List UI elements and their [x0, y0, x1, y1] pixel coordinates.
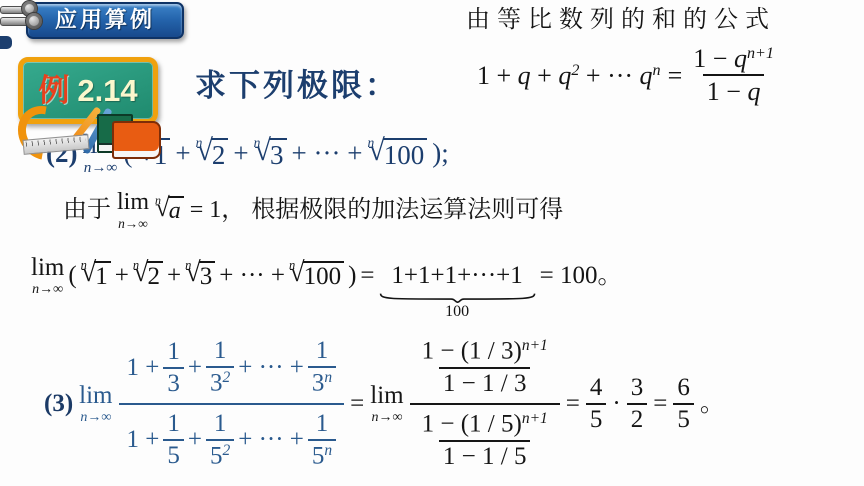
fraction: 15 — [163, 410, 184, 470]
nth-root: n√a — [155, 196, 184, 224]
applications-tag: 应用算例 — [26, 2, 184, 39]
fraction: 132 — [206, 337, 234, 398]
fraction: 15n — [308, 410, 336, 471]
limit-problem-3: (3) limn→∞ 1 + 13 + 132 + ··· + 13n 1 + … — [44, 324, 725, 484]
example-number: 2.14 — [77, 72, 137, 109]
underbrace-group: 1+1+1+···+1 100 — [379, 261, 536, 320]
nth-root: n√2 — [196, 138, 229, 169]
nth-root: n√2 — [133, 261, 163, 290]
fraction: 1 − (1 / 5)n+1 1 − 1 / 5 — [418, 410, 552, 471]
applications-tag-label: 应用算例 — [55, 7, 155, 33]
pin-ring-icon — [25, 12, 43, 30]
geometric-sum-formula: 1 + q + q2 + ··· qn = 1 − qn+1 1 − q — [477, 44, 778, 106]
book-icon — [112, 121, 161, 159]
nth-root: n√100 — [367, 138, 427, 169]
fraction: 45 — [586, 374, 607, 434]
lim-operator: limn→∞ — [31, 255, 64, 297]
fraction: 152 — [206, 410, 234, 471]
item-label: (3) — [44, 389, 73, 419]
geometric-sum-note: 由等比数列的和的公式 — [466, 6, 776, 35]
series-ratio-fraction: 1 + 13 + 132 + ··· + 13n 1 + 15 + 152 + … — [119, 337, 345, 470]
example-label: 例 — [38, 72, 69, 109]
nth-root: n√3 — [254, 138, 287, 169]
fraction: 1 − (1 / 3)n+1 1 − 1 / 3 — [418, 337, 552, 398]
fraction: 1 − qn+1 1 − q — [689, 44, 778, 106]
fraction: 13 — [163, 338, 184, 398]
result-line: limn→∞ ( n√1 + n√2 + n√3 + ··· + n√100 )… — [31, 246, 623, 305]
fraction: 65 — [673, 374, 694, 434]
lim-operator: limn→∞ — [117, 190, 149, 230]
underbrace-count: 100 — [445, 304, 469, 320]
prompt-text: 求下列极限： — [195, 67, 399, 104]
underbrace-icon — [379, 292, 536, 303]
fraction: 13n — [308, 337, 336, 398]
sentence-period: 。 — [700, 389, 725, 419]
lim-operator: limn→∞ — [370, 383, 403, 425]
fraction: 32 — [627, 374, 648, 434]
lim-operator: limn→∞ — [79, 383, 112, 425]
reasoning-line: 由于 limn→∞ n√a = 1， 根据极限的加法运算法则可得 — [63, 190, 563, 230]
nth-root: n√3 — [185, 261, 215, 290]
nth-root: n√1 — [81, 261, 111, 290]
nth-root: n√100 — [289, 261, 344, 290]
closed-form-fraction: 1 − (1 / 3)n+1 1 − 1 / 3 1 − (1 / 5)n+1 … — [410, 337, 560, 471]
edge-decoration — [0, 36, 12, 49]
